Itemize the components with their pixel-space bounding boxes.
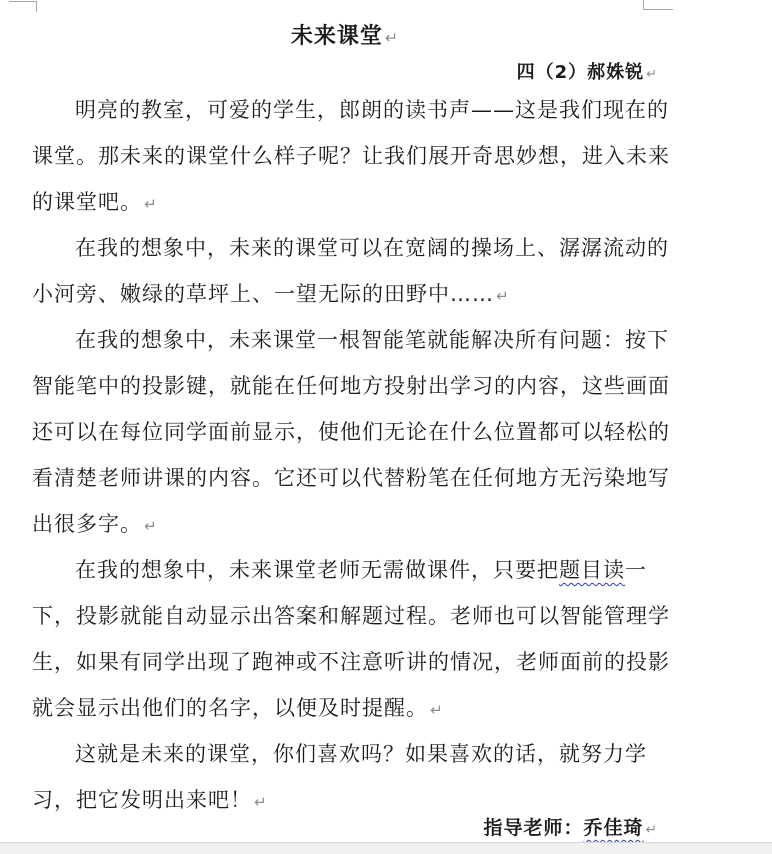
spellcheck-flagged-text: 题目读 xyxy=(559,558,625,582)
paragraph-mark-icon: ↵ xyxy=(144,195,158,213)
signature-label: 指导老师： xyxy=(484,817,584,839)
body-text: 在我的想象中，未来的课堂可以在宽阔的操场上、潺潺流动的 xyxy=(75,236,669,260)
signature-name: 乔佳琦 xyxy=(584,817,644,839)
body-text: 的课堂吧。 xyxy=(32,190,142,214)
body-text: 下，投影就能自动显示出答案和解题过程。老师也可以智能管理学 xyxy=(32,604,670,628)
paragraph-mark-icon: ↵ xyxy=(254,793,268,811)
body-text: 课堂。那未来的课堂什么样子呢？让我们展开奇思妙想，进入未来 xyxy=(32,144,670,168)
document-page[interactable]: 未来课堂↵ 四（2）郝姝锐↵ 明亮的教室，可爱的学生，郎朗的读书声——这是我们现… xyxy=(0,0,772,854)
document-title-line[interactable]: 未来课堂↵ xyxy=(32,22,658,53)
paragraph-mark-icon: ↵ xyxy=(646,822,658,838)
paragraph-mark-icon: ↵ xyxy=(430,701,444,719)
body-line[interactable]: 就会显示出他们的名字，以便及时提醒。↵ xyxy=(32,685,658,731)
body-line[interactable]: 生，如果有同学出现了跑神或不注意听讲的情况，老师面前的投影 xyxy=(32,639,658,685)
paragraph-mark-icon: ↵ xyxy=(646,67,658,82)
body-text: 这就是未来的课堂，你们喜欢吗？如果喜欢的话，就努力学 xyxy=(75,742,647,766)
paragraph-mark-icon: ↵ xyxy=(385,28,399,47)
body-line[interactable]: 在我的想象中，未来课堂一根智能笔就能解决所有问题：按下 xyxy=(32,317,658,363)
body-text: 出很多字。 xyxy=(32,512,142,536)
document-title: 未来课堂 xyxy=(291,24,383,49)
byline-text: 四（2）郝姝锐 xyxy=(517,62,645,83)
body-text: 看清楚老师讲课的内容。它还可以代替粉笔在任何地方无污染地写 xyxy=(32,466,670,490)
text-area[interactable]: 未来课堂↵ 四（2）郝姝锐↵ 明亮的教室，可爱的学生，郎朗的读书声——这是我们现… xyxy=(32,0,658,843)
body-text: 还可以在每位同学面前显示，使他们无论在什么位置都可以轻松的 xyxy=(32,420,670,444)
body-text: 一 xyxy=(625,558,647,582)
body-line[interactable]: 的课堂吧。↵ xyxy=(32,179,658,225)
body-line[interactable]: 在我的想象中，未来课堂老师无需做课件，只要把题目读一 xyxy=(32,547,658,593)
body-line[interactable]: 智能笔中的投影键，就能在任何地方投射出学习的内容，这些画面 xyxy=(32,363,658,409)
body-line[interactable]: 出很多字。↵ xyxy=(32,501,658,547)
body-line[interactable]: 看清楚老师讲课的内容。它还可以代替粉笔在任何地方无污染地写 xyxy=(32,455,658,501)
body-text: 智能笔中的投影键，就能在任何地方投射出学习的内容，这些画面 xyxy=(32,374,670,398)
body-text: 在我的想象中，未来课堂一根智能笔就能解决所有问题：按下 xyxy=(75,328,669,352)
body-line[interactable]: 下，投影就能自动显示出答案和解题过程。老师也可以智能管理学 xyxy=(32,593,658,639)
essay-body[interactable]: 明亮的教室，可爱的学生，郎朗的读书声——这是我们现在的课堂。那未来的课堂什么样子… xyxy=(32,87,658,823)
body-line[interactable]: 小河旁、嫩绿的草坪上、一望无际的田野中……↵ xyxy=(32,271,658,317)
body-text: 在我的想象中，未来课堂老师无需做课件，只要把 xyxy=(75,558,559,582)
body-line[interactable]: 这就是未来的课堂，你们喜欢吗？如果喜欢的话，就努力学 xyxy=(32,731,658,777)
body-line[interactable]: 还可以在每位同学面前显示，使他们无论在什么位置都可以轻松的 xyxy=(32,409,658,455)
paragraph-mark-icon: ↵ xyxy=(144,517,158,535)
paragraph-mark-icon: ↵ xyxy=(496,287,510,305)
body-line[interactable]: 在我的想象中，未来的课堂可以在宽阔的操场上、潺潺流动的 xyxy=(32,225,658,271)
body-line[interactable]: 明亮的教室，可爱的学生，郎朗的读书声——这是我们现在的 xyxy=(32,87,658,133)
body-text: 明亮的教室，可爱的学生，郎朗的读书声——这是我们现在的 xyxy=(75,98,669,122)
body-text: 生，如果有同学出现了跑神或不注意听讲的情况，老师面前的投影 xyxy=(32,650,670,674)
byline-line[interactable]: 四（2）郝姝锐↵ xyxy=(32,61,658,87)
body-text: 小河旁、嫩绿的草坪上、一望无际的田野中…… xyxy=(32,282,494,306)
bottom-band xyxy=(0,842,772,854)
body-line[interactable]: 课堂。那未来的课堂什么样子呢？让我们展开奇思妙想，进入未来 xyxy=(32,133,658,179)
body-text: 习，把它发明出来吧！ xyxy=(32,788,252,812)
body-text: 就会显示出他们的名字，以便及时提醒。 xyxy=(32,696,428,720)
